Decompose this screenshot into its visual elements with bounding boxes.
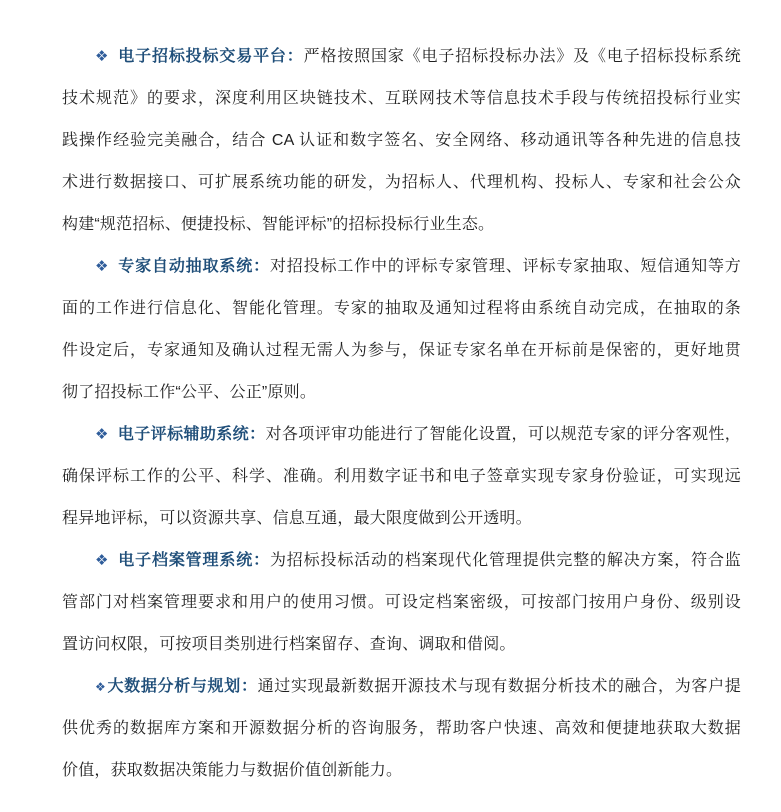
paragraph-ebidding-platform: ❖电子招标投标交易平台：严格按照国家《电子招标投标办法》及《电子招标投标系统 技… xyxy=(62,36,741,246)
paragraph-bigdata-analysis: ❖大数据分析与规划：通过实现最新数据开源技术与现有数据分析技术的融合，为客户提 … xyxy=(62,666,741,792)
paragraph-expert-extraction: ❖专家自动抽取系统：对招投标工作中的评标专家管理、评标专家抽取、短信通知等方 面… xyxy=(62,246,741,414)
heading-colon: ： xyxy=(253,552,270,569)
paragraph-text-line: 术进行数据接口、可扩展系统功能的研发，为招标人、代理机构、投标人、专家和社会公众 xyxy=(62,162,741,204)
paragraph-text-line: 面的工作进行信息化、智能化管理。专家的抽取及通知过程将由系统自动完成，在抽取的条 xyxy=(62,288,741,330)
paragraph-heading: 专家自动抽取系统 xyxy=(118,258,253,275)
document-page: ❖电子招标投标交易平台：严格按照国家《电子招标投标办法》及《电子招标投标系统 技… xyxy=(0,0,781,812)
paragraph-text: 对招投标工作中的评标专家管理、评标专家抽取、短信通知等方 xyxy=(270,258,741,275)
paragraph-text-line: 践操作经验完美融合，结合 CA 认证和数字签名、安全网络、移动通讯等各种先进的信… xyxy=(62,120,741,162)
paragraph-text-line: ❖电子招标投标交易平台：严格按照国家《电子招标投标办法》及《电子招标投标系统 xyxy=(62,36,741,78)
paragraph-text-line: 确保评标工作的公平、科学、准确。利用数字证书和电子签章实现专家身份验证，可实现远 xyxy=(62,456,741,498)
heading-colon: ： xyxy=(249,426,265,443)
paragraph-text-line: ❖电子评标辅助系统：对各项评审功能进行了智能化设置，可以规范专家的评分客观性， xyxy=(62,414,741,456)
paragraph-heading: 电子招标投标交易平台 xyxy=(118,48,286,65)
paragraph-text-line: 构建“规范招标、便捷投标、智能评标”的招标投标行业生态。 xyxy=(62,204,741,246)
paragraph-text-line: 件设定后，专家通知及确认过程无需人为参与，保证专家名单在开标前是保密的，更好地贯 xyxy=(62,330,741,372)
diamond-bullet-icon: ❖ xyxy=(95,258,109,275)
paragraph-heading: 电子评标辅助系统 xyxy=(118,426,249,443)
paragraph-text-line: 技术规范》的要求，深度利用区块链技术、互联网技术等信息技术手段与传统招投标行业实 xyxy=(62,78,741,120)
paragraph-earchive-management: ❖电子档案管理系统：为招标投标活动的档案现代化管理提供完整的解决方案，符合监 管… xyxy=(62,540,741,666)
paragraph-text-line: 程异地评标，可以资源共享、信息互通，最大限度做到公开透明。 xyxy=(62,498,741,540)
paragraph-heading: 大数据分析与规划 xyxy=(107,678,240,695)
paragraph-evaluation-assist: ❖电子评标辅助系统：对各项评审功能进行了智能化设置，可以规范专家的评分客观性， … xyxy=(62,414,741,540)
heading-colon: ： xyxy=(253,258,270,275)
paragraph-text-line: 置访问权限，可按项目类别进行档案留存、查询、调取和借阅。 xyxy=(62,624,741,666)
paragraph-text: 通过实现最新数据开源技术与现有数据分析技术的融合，为客户提 xyxy=(258,678,741,695)
heading-colon: ： xyxy=(287,48,304,65)
diamond-bullet-icon: ❖ xyxy=(95,552,109,569)
paragraph-text: 对各项评审功能进行了智能化设置，可以规范专家的评分客观性， xyxy=(266,426,742,443)
paragraph-text: 为招标投标活动的档案现代化管理提供完整的解决方案，符合监 xyxy=(270,552,741,569)
paragraph-heading: 电子档案管理系统 xyxy=(118,552,253,569)
heading-colon: ： xyxy=(241,678,258,695)
paragraph-text-line: 管部门对档案管理要求和用户的使用习惯。可设定档案密级，可按部门按用户身份、级别设 xyxy=(62,582,741,624)
paragraph-text-line: 价值，获取数据决策能力与数据价值创新能力。 xyxy=(62,750,741,792)
paragraph-text-line: ❖大数据分析与规划：通过实现最新数据开源技术与现有数据分析技术的融合，为客户提 xyxy=(62,666,741,708)
paragraph-text-line: ❖专家自动抽取系统：对招投标工作中的评标专家管理、评标专家抽取、短信通知等方 xyxy=(62,246,741,288)
paragraph-text: 严格按照国家《电子招标投标办法》及《电子招标投标系统 xyxy=(304,48,741,65)
paragraph-text-line: 彻了招投标工作“公平、公正”原则。 xyxy=(62,372,741,414)
paragraph-text-line: 供优秀的数据库方案和开源数据分析的咨询服务，帮助客户快速、高效和便捷地获取大数据 xyxy=(62,708,741,750)
diamond-bullet-icon: ❖ xyxy=(95,48,109,65)
paragraph-text-line: ❖电子档案管理系统：为招标投标活动的档案现代化管理提供完整的解决方案，符合监 xyxy=(62,540,741,582)
diamond-bullet-icon: ❖ xyxy=(95,426,109,443)
diamond-bullet-icon: ❖ xyxy=(95,680,106,694)
document-content: ❖电子招标投标交易平台：严格按照国家《电子招标投标办法》及《电子招标投标系统 技… xyxy=(62,36,741,792)
